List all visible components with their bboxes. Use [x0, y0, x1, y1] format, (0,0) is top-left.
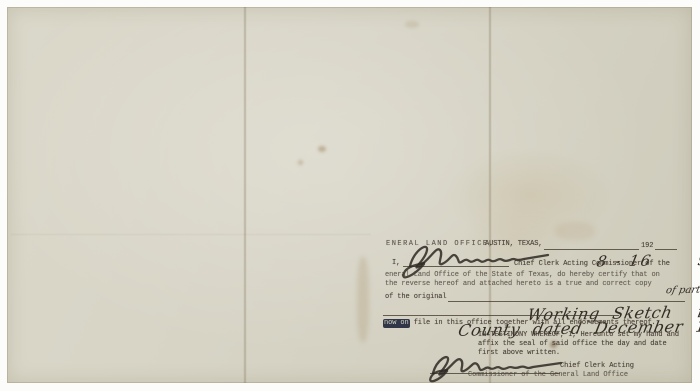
document-paper: ENERAL LAND OFFICE, AUSTIN, TEXAS, 8 - 1… — [7, 7, 692, 383]
stain — [405, 21, 419, 28]
body-line2: eneral Land Office of the State of Texas… — [385, 271, 660, 280]
dateline-year-prefix: 192 — [641, 242, 653, 251]
signer-title2: Commissioner of the General Land Office — [468, 371, 628, 380]
scanned-document-page: ENERAL LAND OFFICE, AUSTIN, TEXAS, 8 - 1… — [0, 0, 700, 391]
fold-crease-left — [243, 7, 247, 383]
fold-crease-horizontal — [11, 233, 371, 236]
stain — [298, 160, 303, 165]
body-line5-rest: file in this office together with all en… — [410, 319, 656, 327]
testimony-line2: affix the seal of said office the day an… — [478, 340, 667, 349]
body-line5: now on file in this office together with… — [383, 319, 656, 328]
ink-blot: now on — [383, 319, 410, 328]
testimony-line1: IN TESTIMONY WHEREOF, I, Hereunto set my… — [478, 331, 679, 340]
stain — [318, 146, 326, 152]
stain-streak — [357, 257, 369, 342]
signer-title: Chief Clerk Acting — [560, 362, 634, 371]
